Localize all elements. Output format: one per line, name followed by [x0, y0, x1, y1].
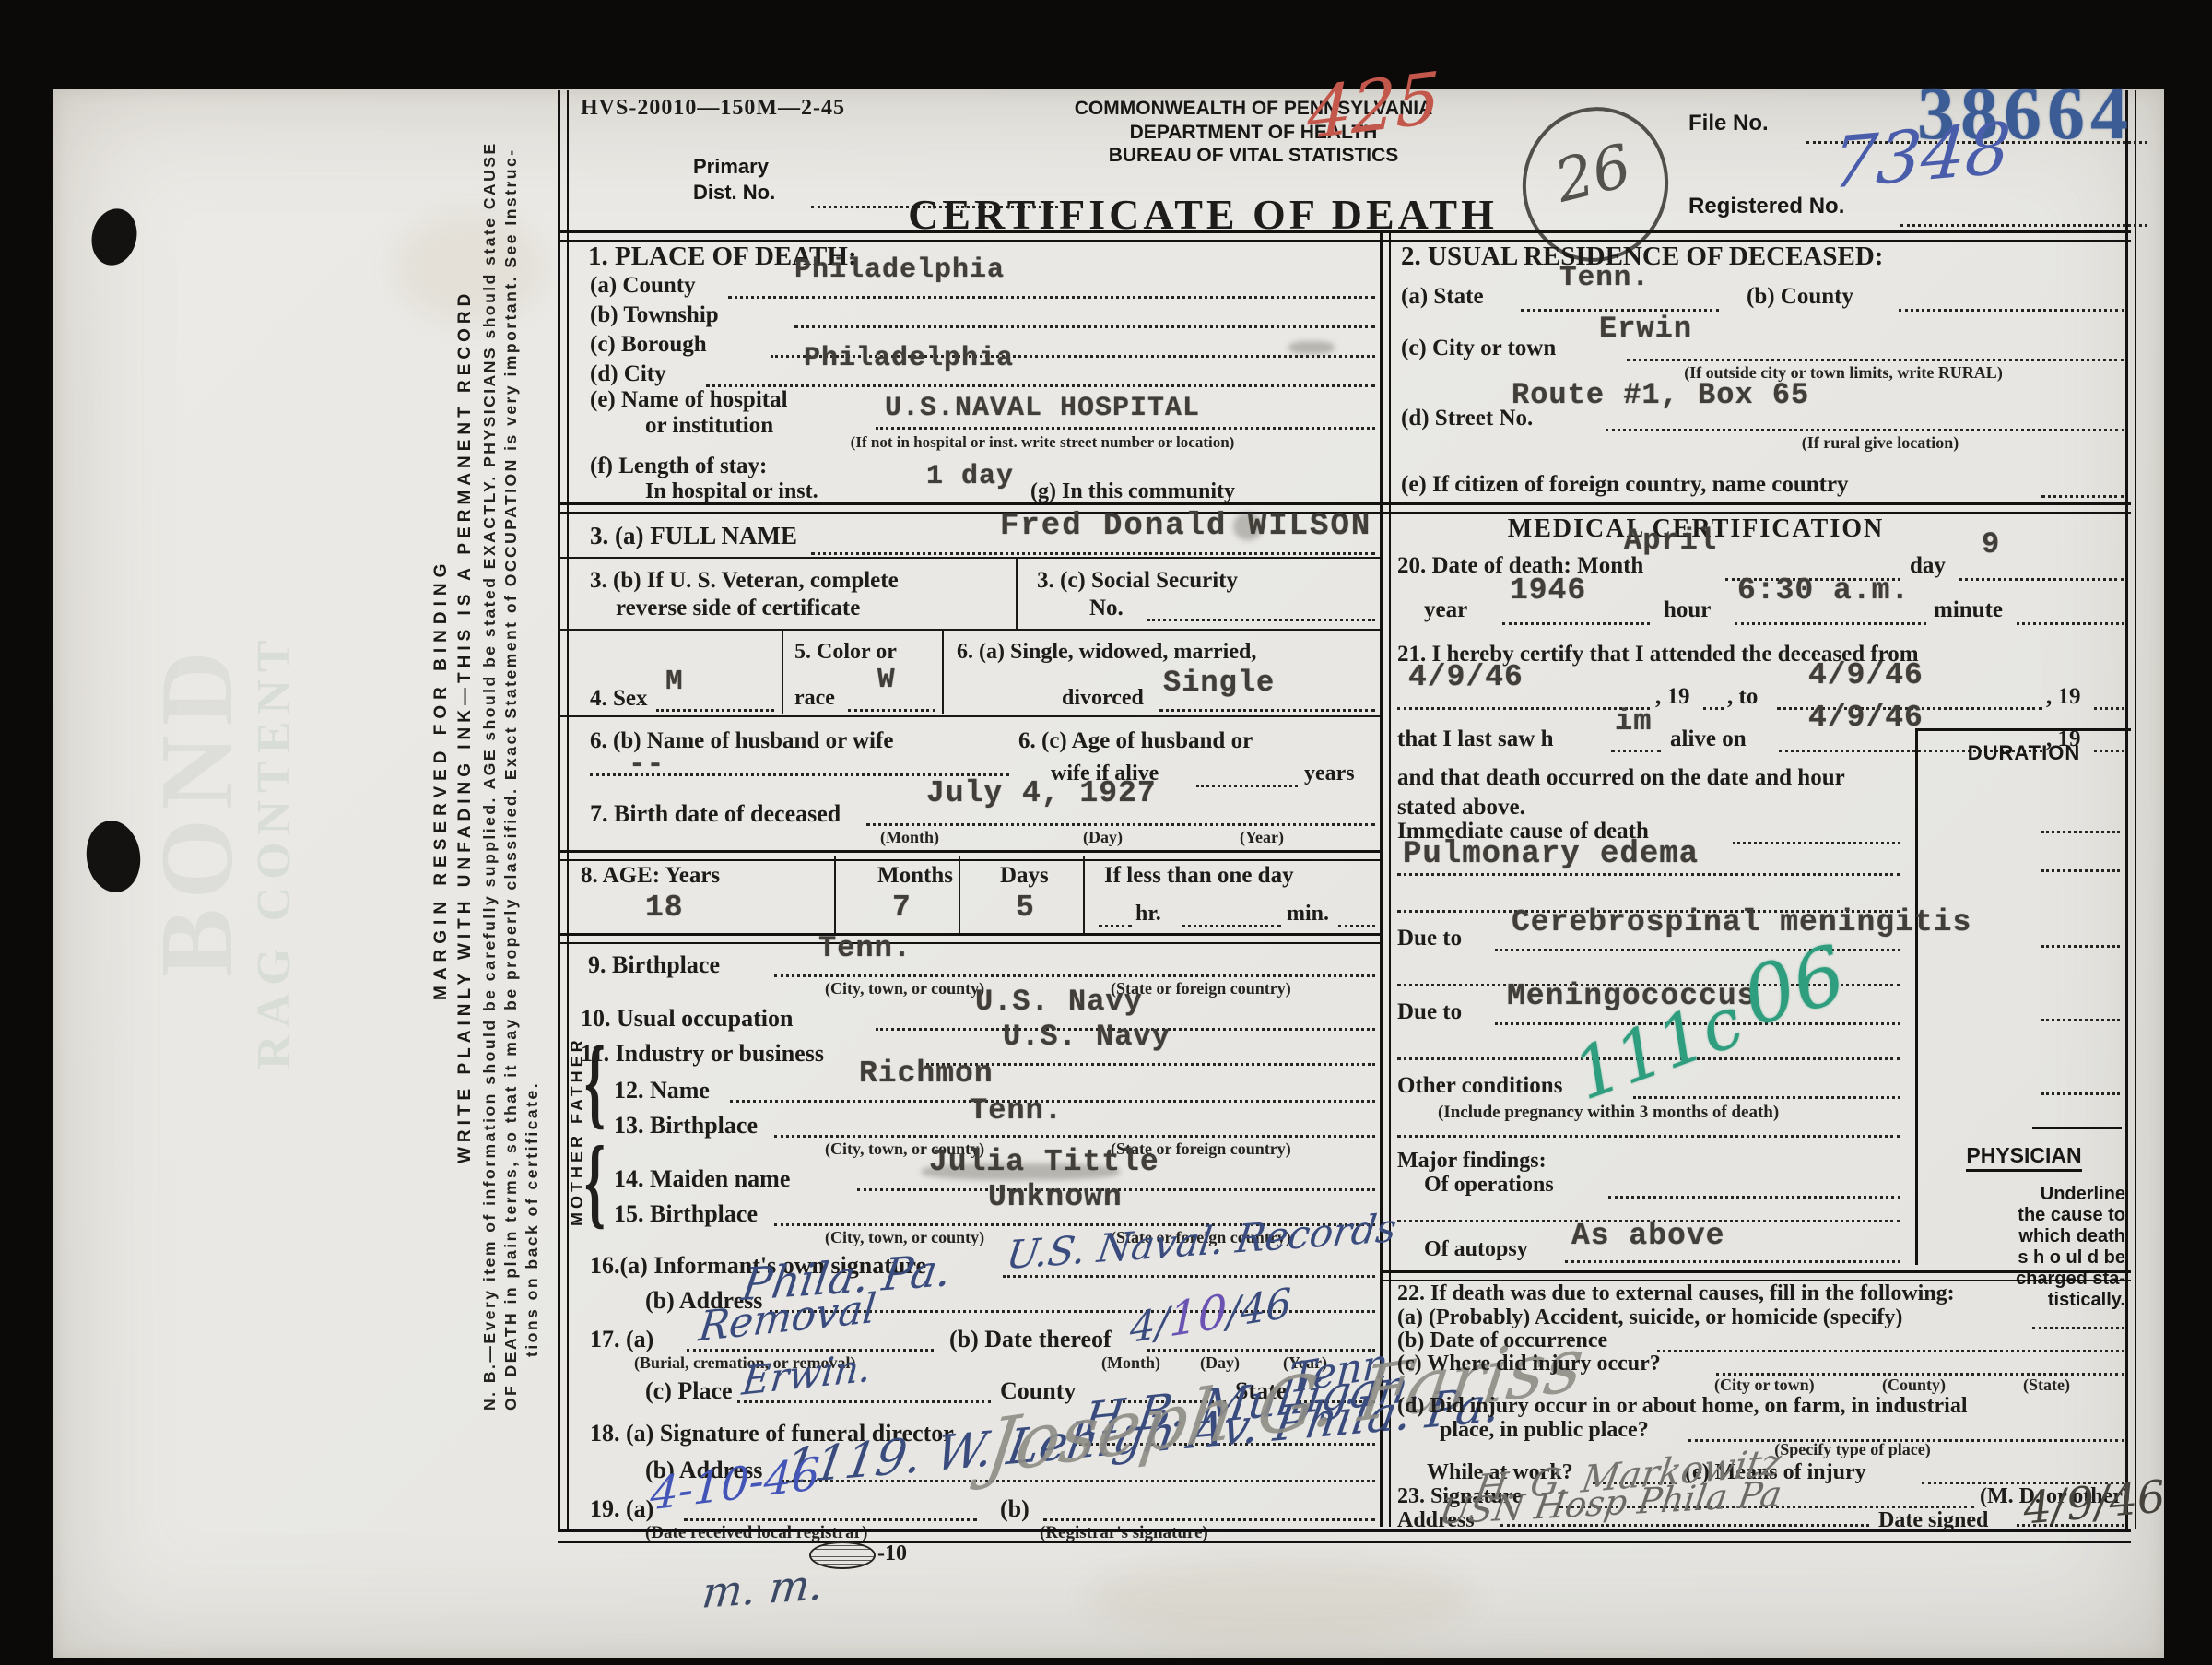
sec1-hospital-value: U.S.NAVAL HOSPITAL	[885, 393, 1200, 424]
duration-stub	[2041, 1018, 2120, 1021]
attended-from-date: 4/9/46	[1408, 660, 1524, 694]
due-to-1-value: Cerebrospinal meningitis	[1512, 905, 1971, 939]
father-birthplace-value: Tenn.	[970, 1093, 1063, 1128]
age-months-label: Months	[877, 863, 953, 889]
birthdate-year-note: (Year)	[1240, 828, 1284, 847]
fill-line	[1959, 577, 2124, 581]
cell-divider	[782, 629, 783, 714]
org-line-2: DEPARTMENT OF HEALTH	[968, 122, 1539, 144]
stated-line: stated above.	[1397, 795, 1525, 821]
fill-line	[926, 1062, 1375, 1066]
birthplace-note-1: (City, town, or county)	[825, 979, 984, 998]
mother-birthplace-value: Unknown	[988, 1180, 1123, 1214]
birthdate-label: 7. Birth date of deceased	[590, 800, 841, 828]
sec2-state-value: Tenn.	[1559, 262, 1650, 294]
sec1-hospital-note: (If not in hospital or inst. write stree…	[710, 433, 1375, 452]
veteran-label-1: 3. (b) If U. S. Veteran, complete	[590, 568, 899, 594]
fill-line	[1733, 841, 1900, 844]
fill-line	[774, 974, 1375, 977]
death-minute-label: minute	[1934, 597, 2003, 623]
fill-line	[656, 708, 774, 712]
cell-divider	[834, 856, 836, 933]
sec1-stay-label: (f) Length of stay:	[590, 454, 767, 479]
external-c: (c) Where did injury occur?	[1397, 1352, 1661, 1376]
printed-19: , 19	[1655, 684, 1690, 710]
registrar-num: 19. (a)	[590, 1495, 653, 1523]
fill-line	[2041, 494, 2124, 498]
row-rule-heavy	[558, 933, 1380, 944]
duration-solid-stub	[2032, 1127, 2122, 1129]
clerk-initials: m. m.	[700, 1559, 826, 1618]
row-rule	[558, 557, 1380, 559]
marital-sub-label: divorced	[1062, 686, 1144, 711]
birthplace-label: 9. Birthplace	[588, 951, 720, 979]
registrar-b-label: (b)	[1000, 1495, 1030, 1523]
margin-note-nb-2: OF DEATH in plain terms, so that it may …	[501, 148, 521, 1411]
spouse-age-years: years	[1304, 762, 1355, 786]
age-days-value: 5	[1016, 891, 1035, 925]
last-saw-fill: im	[1615, 704, 1652, 738]
registered-no-handwritten: 7348	[1829, 106, 2014, 205]
age-hr-label: hr.	[1135, 902, 1161, 927]
sec1-city-label: (d) City	[590, 361, 666, 387]
sec2-street-note: (If rural give location)	[1705, 433, 2055, 453]
birthdate-day-note: (Day)	[1083, 828, 1123, 847]
ink-smudge	[1288, 341, 1335, 354]
physician-note-2: the cause to	[1961, 1205, 2125, 1226]
age-label: 8. AGE: Years	[581, 863, 720, 889]
fullname-label: 3. (a) FULL NAME	[590, 522, 797, 550]
sec1-community-label: (g) In this community	[1030, 479, 1235, 504]
death-hour-label: hour	[1664, 597, 1711, 623]
marital-value: Single	[1163, 666, 1275, 700]
margin-note-binding: MARGIN RESERVED FOR BINDING	[431, 559, 452, 1000]
fill-line	[1397, 872, 1900, 876]
fill-line	[684, 1517, 977, 1521]
fill-line	[1159, 708, 1375, 712]
sex-value: M	[665, 666, 684, 698]
father-name-value: Richmon	[859, 1057, 994, 1091]
fill-line	[866, 822, 1375, 826]
fill-line	[774, 1134, 1375, 1138]
spouse-age-label: 6. (c) Age of husband or	[1018, 728, 1253, 754]
fill-line	[782, 1479, 1375, 1482]
margin-note-permanent-record: WRITE PLAINLY WITH UNFADING INK—THIS IS …	[455, 289, 476, 1163]
physician-note-6: tistically.	[1961, 1290, 2125, 1311]
physician-label: PHYSICIAN	[1926, 1143, 2122, 1168]
sec2-city-label: (c) City or town	[1401, 336, 1556, 361]
external-d-2: place, in public place?	[1440, 1418, 1649, 1443]
sec2-state-label: (a) State	[1401, 284, 1484, 310]
fill-line	[737, 1399, 991, 1403]
veteran-label-2: reverse side of certificate	[616, 596, 860, 621]
row-rule-heavy	[1380, 1270, 2131, 1281]
age-years-value: 18	[645, 891, 684, 925]
sec1-hospital-label-1: (e) Name of hospital	[590, 387, 788, 413]
section-rule	[558, 230, 2131, 242]
duration-box-top	[1915, 728, 2131, 731]
mother-brace: {	[584, 1123, 606, 1240]
fill-line	[1502, 621, 1650, 625]
date-part: /46	[1227, 1280, 1292, 1338]
org-line-3: BUREAU OF VITAL STATISTICS	[968, 145, 1539, 167]
disposal-month-note: (Month)	[1101, 1353, 1160, 1373]
date-part-overwritten: 10	[1169, 1284, 1228, 1348]
external-a: (a) (Probably) Accident, suicide, or hom…	[1397, 1305, 1902, 1330]
fill-line	[1735, 621, 1926, 625]
marital-label: 6. (a) Single, widowed, married,	[957, 640, 1256, 665]
physician-note-3: which death	[1961, 1226, 2125, 1247]
attended-to-date: 4/9/46	[1808, 658, 1924, 692]
last-saw-pre: that I last saw h	[1397, 726, 1553, 752]
age-days-label: Days	[1000, 863, 1049, 889]
physician-note-4: s h o ul d be	[1961, 1247, 2125, 1269]
duration-label: DURATION	[1926, 741, 2122, 765]
fill-line	[1397, 706, 1650, 710]
red-pencil-number: 425	[1307, 56, 1441, 156]
race-value: W	[877, 664, 896, 696]
external-heading: 22. If death was due to external causes,…	[1397, 1281, 1955, 1306]
duration-box-left	[1915, 728, 1918, 1265]
paper-watermark-rag: RAG CONTENT	[247, 632, 301, 1069]
fill-line	[1338, 924, 1375, 927]
physician-label-text: PHYSICIAN	[1966, 1143, 2081, 1172]
external-d-1: (d) Did injury occur in or about home, o…	[1397, 1394, 1968, 1419]
fill-line	[794, 325, 1375, 328]
registered-no-line	[1900, 223, 2147, 227]
fill-line	[1657, 1349, 2124, 1352]
immediate-cause-value: Pulmonary edema	[1403, 837, 1699, 872]
scanned-death-certificate: BOND RAG CONTENT MARGIN RESERVED FOR BIN…	[0, 0, 2212, 1665]
to-label: , to	[1727, 684, 1758, 710]
sec1-borough-label: (c) Borough	[590, 332, 707, 358]
birthplace-value: Tenn.	[818, 931, 912, 965]
cell-divider	[942, 629, 944, 714]
sec1-county-label: (a) County	[590, 273, 696, 299]
printer-badge-number: -10	[877, 1541, 907, 1566]
age-min-label: min.	[1287, 902, 1329, 927]
cell-divider	[1016, 557, 1018, 629]
death-month-value: April	[1624, 524, 1717, 558]
major-findings-label: Major findings:	[1397, 1149, 1547, 1174]
birthdate-value: July 4, 1927	[926, 776, 1157, 810]
disposal-place-label: (c) Place	[645, 1377, 733, 1405]
cell-divider	[1083, 856, 1085, 933]
fill-line	[1182, 924, 1281, 927]
form-right-border	[2125, 90, 2136, 1529]
date-signed-label: Date signed	[1878, 1508, 1988, 1533]
due-to-1-label: Due to	[1397, 926, 1462, 951]
form-center-divider	[1380, 232, 1391, 1527]
fill-line	[1703, 706, 1724, 710]
birthdate-month-note: (Month)	[880, 828, 939, 847]
ssn-label-1: 3. (c) Social Security	[1037, 568, 1238, 594]
fill-line	[728, 295, 1375, 299]
fill-line	[1899, 308, 2124, 312]
form-left-border	[558, 90, 569, 1529]
file-no-label: File No.	[1688, 111, 1769, 136]
industry-value: U.S. Navy	[1003, 1020, 1171, 1054]
fill-line	[1043, 1517, 1375, 1521]
fill-line	[2017, 1523, 2124, 1527]
age-less-label: If less than one day	[1104, 863, 1294, 889]
color-label-2: race	[794, 686, 835, 711]
occurred-line: and that death occurred on the date and …	[1397, 765, 1845, 791]
form-code: HVS-20010—150M—2-45	[581, 96, 845, 121]
other-conditions-label: Other conditions	[1397, 1073, 1562, 1099]
row-rule-heavy	[558, 850, 1380, 861]
sec1-stay-value: 1 day	[926, 461, 1014, 492]
primary-label: Primary	[693, 155, 769, 179]
fill-line	[2032, 1326, 2124, 1329]
death-day-value: 9	[1982, 527, 2000, 561]
fill-line	[1500, 1523, 1869, 1527]
ssn-label-2: No.	[1089, 596, 1124, 621]
row-rule	[558, 715, 1380, 717]
stamp-blot	[1233, 513, 1263, 540]
org-line-1: COMMONWEALTH OF PENNSYLVANIA	[968, 98, 1539, 120]
fill-line	[1099, 924, 1132, 927]
sec2-foreign-label: (e) If citizen of foreign country, name …	[1401, 472, 1849, 498]
fullname-value: Fred Donald WILSON	[1000, 509, 1371, 544]
occupation-label: 10. Usual occupation	[581, 1005, 793, 1033]
fill-line	[2017, 621, 2124, 625]
fill-line	[1633, 1095, 1900, 1099]
fill-line	[1606, 428, 2124, 431]
duration-stub	[2041, 944, 2120, 948]
duration-stub	[2041, 1092, 2120, 1095]
of-autopsy-label: Of autopsy	[1424, 1237, 1528, 1262]
age-months-value: 7	[892, 891, 912, 925]
sec2-city-value: Erwin	[1599, 312, 1692, 346]
duration-stub	[2041, 830, 2120, 833]
external-c-note-3: (State)	[2023, 1376, 2070, 1395]
fill-line	[1003, 1274, 1375, 1278]
printed-19: , 19	[2046, 684, 2081, 710]
last-saw-date: 4/9/46	[1808, 701, 1924, 735]
fill-line	[1608, 1195, 1900, 1199]
mother-name-label: 14. Maiden name	[614, 1165, 790, 1193]
paper-watermark-bond: BOND	[138, 642, 257, 977]
date-part: 4/	[1130, 1299, 1170, 1352]
fill-line	[1196, 784, 1298, 787]
fill-line	[706, 384, 1375, 387]
last-saw-post: alive on	[1670, 726, 1747, 752]
sec1-county-value: Philadelphia	[794, 254, 1005, 286]
external-c-note-1: (City or town)	[1714, 1376, 1815, 1395]
fill-line	[1627, 358, 2124, 361]
sec2-street-value: Route #1, Box 65	[1512, 378, 1809, 412]
fill-line	[2094, 706, 2124, 710]
duration-stub	[2041, 868, 2120, 872]
fill-line	[876, 426, 1375, 430]
disposal-num: 17. (a)	[590, 1326, 653, 1353]
of-autopsy-value: As above	[1571, 1219, 1724, 1253]
external-b: (b) Date of occurrence	[1397, 1328, 1607, 1353]
death-hour-value: 6:30 a.m.	[1737, 573, 1910, 608]
external-c-note-2: (County)	[1882, 1376, 1946, 1395]
row-rule	[558, 629, 1380, 631]
mother-name-value: Julia Tittle	[929, 1145, 1159, 1179]
dist-no-label: Dist. No.	[693, 181, 775, 205]
death-year-label: year	[1424, 597, 1467, 623]
fill-line	[1565, 1259, 1900, 1263]
industry-label: 11. Industry or business	[581, 1040, 824, 1068]
death-year-value: 1946	[1510, 573, 1586, 608]
father-birthplace-label: 13. Birthplace	[614, 1112, 758, 1140]
of-operations-label: Of operations	[1424, 1173, 1554, 1198]
fill-line	[1611, 749, 1661, 752]
due-to-2-label: Due to	[1397, 999, 1462, 1025]
cell-divider	[959, 856, 960, 933]
physician-note-1: Underline	[1961, 1184, 2125, 1205]
disposal-date-label: (b) Date thereof	[949, 1326, 1112, 1353]
paper-stain	[1088, 1558, 1475, 1641]
fill-line	[1397, 1134, 1900, 1138]
sec1-city-value: Philadelphia	[804, 343, 1014, 374]
fill-line	[848, 708, 935, 712]
margin-note-nb-3: tions on back of certificate.	[523, 1081, 542, 1357]
sec1-stay-sub: In hospital or inst.	[645, 479, 818, 504]
fill-line	[1147, 618, 1375, 621]
sec1-township-label: (b) Township	[590, 302, 719, 328]
father-name-label: 12. Name	[614, 1077, 710, 1104]
registered-no-label: Registered No.	[1688, 194, 1844, 219]
sec2-county-label: (b) County	[1747, 284, 1853, 310]
mother-bp-note-1: (City, town, or county)	[825, 1228, 984, 1247]
fill-line	[1495, 948, 1900, 951]
mother-birthplace-label: 15. Birthplace	[614, 1200, 758, 1228]
fill-line	[811, 551, 1375, 555]
occupation-value: U.S. Navy	[975, 985, 1143, 1019]
color-label-1: 5. Color or	[794, 640, 897, 665]
sex-label: 4. Sex	[590, 686, 648, 712]
death-day-label: day	[1910, 553, 1946, 579]
margin-note-nb-1: N. B.—Every item of information should b…	[480, 141, 500, 1411]
